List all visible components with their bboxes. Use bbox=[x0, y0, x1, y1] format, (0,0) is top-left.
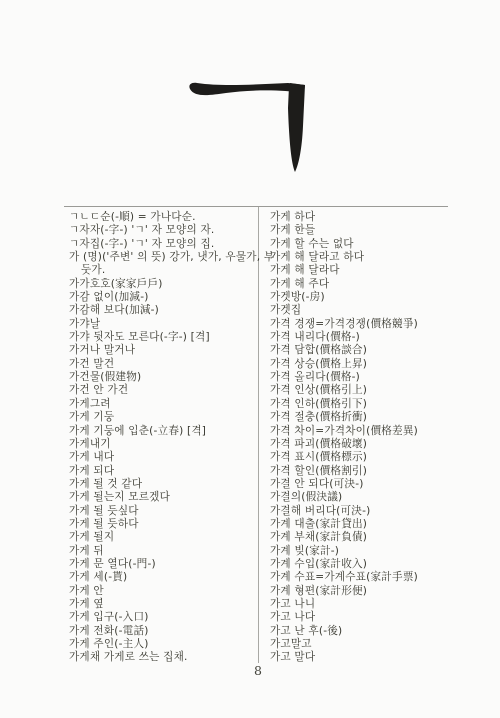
dictionary-entry: 가격 차이=가격차이(價格差異) bbox=[270, 425, 460, 438]
dictionary-entry: 가거나 말거나 bbox=[69, 344, 254, 357]
dictionary-entry: 가건물(假建物) bbox=[69, 371, 254, 384]
dictionary-entry: ㄱㄴㄷ순(-順) = 가나다순. bbox=[69, 211, 254, 224]
dictionary-entry: 가격 할인(價格割引) bbox=[270, 465, 460, 478]
dictionary-entry: 가게 할 수는 없다 bbox=[270, 238, 460, 251]
dictionary-entry: 가게 될 듯싶다 bbox=[69, 505, 254, 518]
dictionary-entry: 가건 말건 bbox=[69, 358, 254, 371]
dictionary-entry: 가게 안 bbox=[69, 585, 254, 598]
dictionary-entry: 가계 대출(家計貸出) bbox=[270, 518, 460, 531]
dictionary-columns: ㄱㄴㄷ순(-順) = 가나다순.ㄱ자자(-字-) 'ㄱ' 자 모양의 자.ㄱ자집… bbox=[0, 211, 500, 669]
dictionary-entry: 가게 옆 bbox=[69, 598, 254, 611]
dictionary-entry: 가게 해 주다 bbox=[270, 278, 460, 291]
dictionary-entry: 가게 해 달라고 하다 bbox=[270, 251, 460, 264]
dictionary-entry: 가게그려 bbox=[69, 398, 254, 411]
dictionary-entry: 가갸날 bbox=[69, 318, 254, 331]
dictionary-entry: 가게 한들 bbox=[270, 224, 460, 237]
dictionary-entry: 가격 경쟁=가격경쟁(價格競爭) bbox=[270, 318, 460, 331]
giyeok-brush-stroke-svg bbox=[186, 76, 312, 178]
dictionary-entry: 가격 인하(價格引下) bbox=[270, 398, 460, 411]
dictionary-entry: 가겟방(-房) bbox=[270, 291, 460, 304]
dictionary-entry: 가고말고 bbox=[270, 638, 460, 651]
dictionary-entry: 가고 나다 bbox=[270, 611, 460, 624]
dictionary-entry: 가건 안 가건 bbox=[69, 384, 254, 397]
dictionary-entry: 가겟집 bbox=[270, 304, 460, 317]
dictionary-entry: 가계 부채(家計負債) bbox=[270, 531, 460, 544]
dictionary-entry: 가게 전화(-電話) bbox=[69, 625, 254, 638]
dictionary-entry: 가감 없이(加減-) bbox=[69, 291, 254, 304]
dictionary-entry: 가격 올리다(價格-) bbox=[270, 371, 460, 384]
left-column-entries: ㄱㄴㄷ순(-順) = 가나다순.ㄱ자자(-字-) 'ㄱ' 자 모양의 자.ㄱ자집… bbox=[69, 211, 254, 665]
dictionary-entry: 가가호호(家家戶戶) bbox=[69, 278, 254, 291]
dictionary-entry: 가게 입구(-入口) bbox=[69, 611, 254, 624]
dictionary-entry: 가계 형편(家計形便) bbox=[270, 585, 460, 598]
dictionary-entry: 가격 표시(價格標示) bbox=[270, 451, 460, 464]
dictionary-entry: 가계 빚(家計-) bbox=[270, 545, 460, 558]
dictionary-entry: 가 (명)('주변' 의 뜻) 강가, 냇가, 우물가, 부 bbox=[69, 251, 254, 264]
dictionary-entry: 가격 절충(價格折衝) bbox=[270, 411, 460, 424]
dictionary-entry: 가게 기둥에 입춘(-立春) [격] bbox=[69, 425, 254, 438]
dictionary-entry: 가게 해 달라다 bbox=[270, 264, 460, 277]
dictionary-entry: 가결의(假決議) bbox=[270, 491, 460, 504]
header-rule bbox=[64, 206, 448, 207]
dictionary-entry: 가격 내리다(價格-) bbox=[270, 331, 460, 344]
dictionary-entry: 가고 난 후(-後) bbox=[270, 625, 460, 638]
dictionary-entry: 가게 될는지 모르겠다 bbox=[69, 491, 254, 504]
dictionary-entry: 가고 나니 bbox=[270, 598, 460, 611]
dictionary-entry: 가갸 뒷자도 모른다(-字-) [격] bbox=[69, 331, 254, 344]
dictionary-entry: 가게 하다 bbox=[270, 211, 460, 224]
dictionary-entry: 가격 담합(價格談合) bbox=[270, 344, 460, 357]
dictionary-entry: 가계 수표=가계수표(家計手票) bbox=[270, 571, 460, 584]
dictionary-entry: 가게 뒤 bbox=[69, 545, 254, 558]
dictionary-entry: 가결 안 되다(可決-) bbox=[270, 478, 460, 491]
dictionary-entry: 가게 될 듯하다 bbox=[69, 518, 254, 531]
dictionary-entry: 가격 인상(價格引上) bbox=[270, 384, 460, 397]
dictionary-entry: 가게 세(-貰) bbox=[69, 571, 254, 584]
dictionary-entry: 가감해 보다(加減-) bbox=[69, 304, 254, 317]
dictionary-entry: 가게 기둥 bbox=[69, 411, 254, 424]
right-column-entries: 가게 하다가게 한들가게 할 수는 없다가게 해 달라고 하다가게 해 달라다가… bbox=[270, 211, 460, 665]
dictionary-entry: 가게 될지 bbox=[69, 531, 254, 544]
page-number: 8 bbox=[0, 663, 500, 678]
dictionary-entry: 가격 파괴(價格破壞) bbox=[270, 438, 460, 451]
dictionary-entry: 둣가. bbox=[69, 264, 254, 277]
giyeok-brush-letter bbox=[186, 76, 312, 178]
scanned-dictionary-page: ㄱㄴㄷ순(-順) = 가나다순.ㄱ자자(-字-) 'ㄱ' 자 모양의 자.ㄱ자집… bbox=[0, 0, 500, 718]
dictionary-entry: 가계 수입(家計收入) bbox=[270, 558, 460, 571]
dictionary-entry: ㄱ자집(-字-) 'ㄱ' 자 모양의 집. bbox=[69, 238, 254, 251]
dictionary-entry: 가게 되다 bbox=[69, 465, 254, 478]
dictionary-entry: 가결해 버리다(可決-) bbox=[270, 505, 460, 518]
dictionary-entry: 가게내기 bbox=[69, 438, 254, 451]
dictionary-entry: 가게 주인(-主人) bbox=[69, 638, 254, 651]
dictionary-entry: 가격 상승(價格上昇) bbox=[270, 358, 460, 371]
dictionary-entry: 가게 될 것 같다 bbox=[69, 478, 254, 491]
dictionary-entry: ㄱ자자(-字-) 'ㄱ' 자 모양의 자. bbox=[69, 224, 254, 237]
dictionary-entry: 가게 문 열다(-門-) bbox=[69, 558, 254, 571]
dictionary-entry: 가게 내다 bbox=[69, 451, 254, 464]
